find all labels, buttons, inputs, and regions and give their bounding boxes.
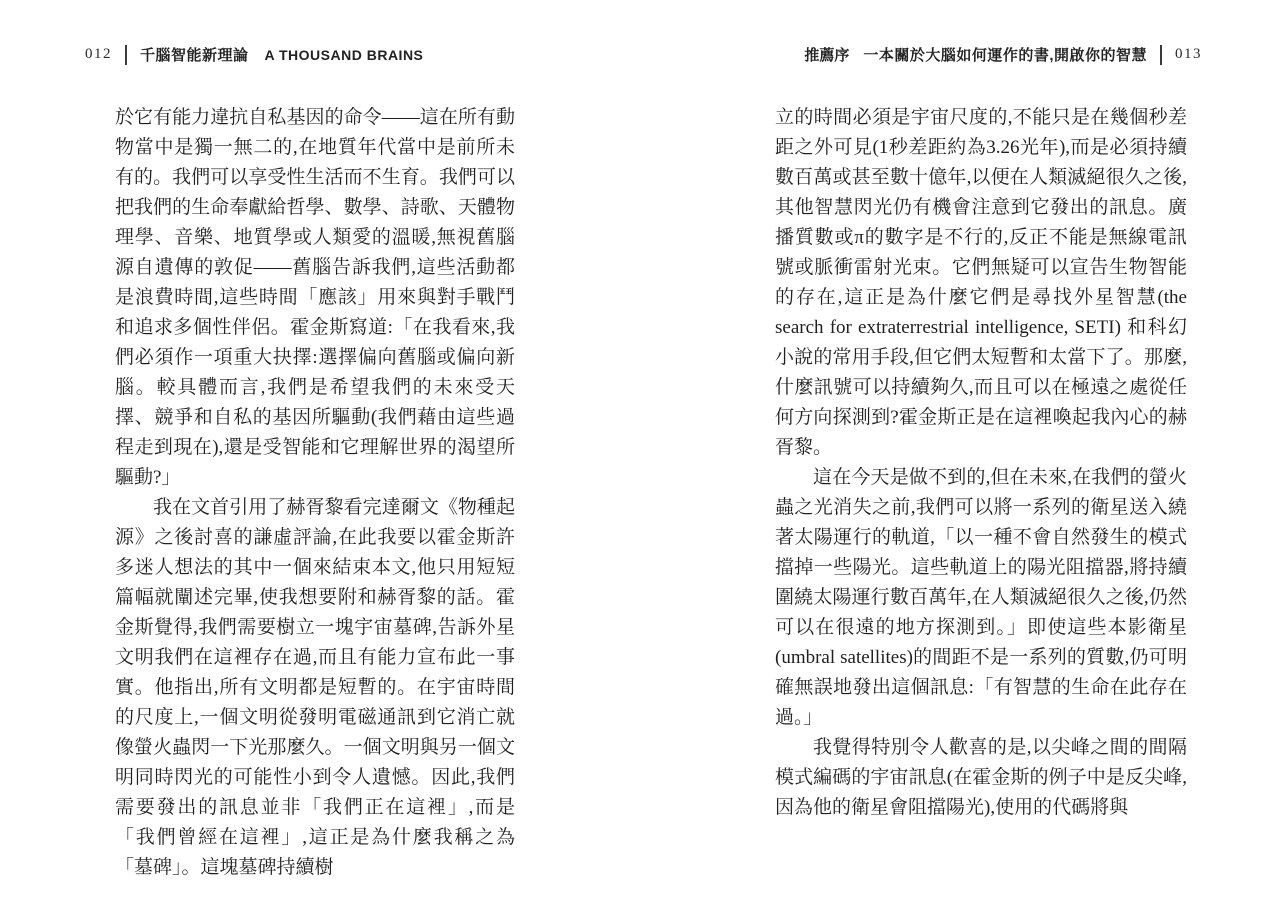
right-text-block: 立的時間必須是宇宙尺度的,不能只是在幾個秒差距之外可見(1秒差距約為3.26光年…: [775, 103, 1187, 823]
right-page-number: 013: [1175, 46, 1202, 63]
paragraph: 我覺得特別令人歡喜的是,以尖峰之間的間隔模式編碼的宇宙訊息(在霍金斯的例子中是反…: [775, 733, 1187, 823]
right-running-head: 推薦序 一本關於大腦如何運作的書,開啟你的智慧 013: [804, 44, 1202, 65]
paragraph: 我在文首引用了赫胥黎看完達爾文《物種起源》之後討喜的謙虛評論,在此我要以霍金斯許…: [115, 493, 515, 883]
left-page-number: 012: [85, 46, 112, 63]
section-label: 推薦序: [804, 44, 849, 65]
section-title: 一本關於大腦如何運作的書,開啟你的智慧: [863, 44, 1147, 65]
paragraph: 這在今天是做不到的,但在未來,在我們的螢火蟲之光消失之前,我們可以將一系列的衛星…: [775, 463, 1187, 733]
page-right: 推薦序 一本關於大腦如何運作的書,開啟你的智慧 013 立的時間必須是宇宙尺度的…: [643, 0, 1286, 900]
right-header-rule: [1160, 45, 1162, 65]
left-text-block: 於它有能力違抗自私基因的命令——這在所有動物當中是獨一無二的,在地質年代當中是前…: [115, 103, 515, 883]
page-left: 012 千腦智能新理論 A THOUSAND BRAINS 於它有能力違抗自私基…: [0, 0, 643, 900]
paragraph: 立的時間必須是宇宙尺度的,不能只是在幾個秒差距之外可見(1秒差距約為3.26光年…: [775, 103, 1187, 463]
book-spread: 012 千腦智能新理論 A THOUSAND BRAINS 於它有能力違抗自私基…: [0, 0, 1286, 900]
book-title-zh: 千腦智能新理論: [140, 44, 249, 65]
book-title-en: A THOUSAND BRAINS: [265, 47, 424, 63]
left-header-rule: [125, 45, 127, 65]
paragraph: 於它有能力違抗自私基因的命令——這在所有動物當中是獨一無二的,在地質年代當中是前…: [115, 103, 515, 493]
left-running-head: 012 千腦智能新理論 A THOUSAND BRAINS: [85, 44, 423, 65]
